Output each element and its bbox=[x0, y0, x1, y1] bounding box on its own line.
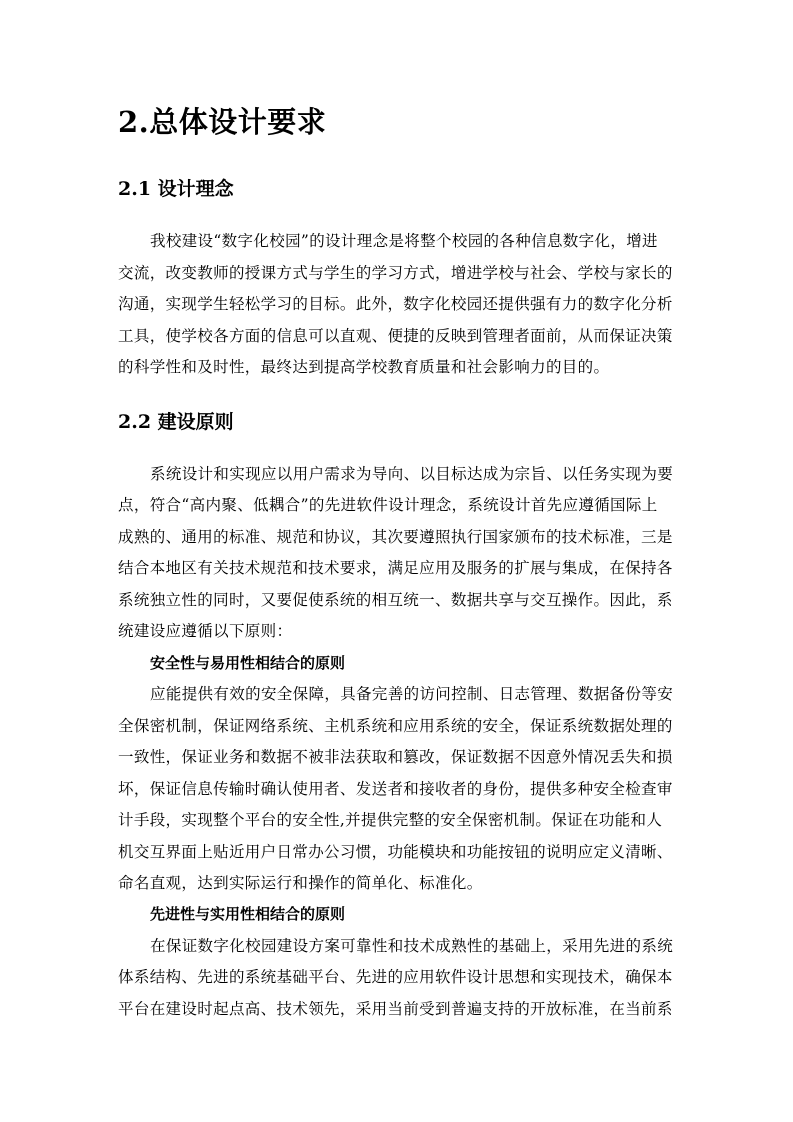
chapter-title: 2.总体设计要求 bbox=[118, 100, 326, 144]
section-heading-2-2: 2.2 建设原则 bbox=[118, 407, 234, 437]
principle-title-security: 安全性与易用性相结合的原则 bbox=[150, 652, 345, 674]
paragraph-line: 体系结构、先进的系统基础平台、先进的应用软件设计思想和实现技术，确保本 bbox=[118, 966, 678, 988]
paragraph-line: 沟通，实现学生轻松学习的目标。此外，数字化校园还提供强有力的数字化分析 bbox=[118, 293, 678, 315]
document-page: 2.总体设计要求 2.1 设计理念 我校建设“数字化校园”的设计理念是将整个校园… bbox=[0, 0, 793, 1122]
paragraph-line: 我校建设“数字化校园”的设计理念是将整个校园的各种信息数字化，增进 bbox=[150, 230, 678, 252]
paragraph-line: 命名直观，达到实际运行和操作的简单化、标准化。 bbox=[118, 872, 678, 894]
paragraph-line: 坏，保证信息传输时确认使用者、发送者和接收者的身份，提供多种安全检查审 bbox=[118, 778, 678, 800]
paragraph-line: 点，符合“高内聚、低耦合”的先进软件设计理念，系统设计首先应遵循国际上 bbox=[118, 494, 678, 516]
paragraph-line: 成熟的、通用的标准、规范和协议，其次要遵照执行国家颁布的技术标准，三是 bbox=[118, 526, 678, 548]
paragraph-line: 机交互界面上贴近用户日常办公习惯，功能模块和功能按钮的说明应定义清晰、 bbox=[118, 841, 678, 863]
section-heading-2-1: 2.1 设计理念 bbox=[118, 174, 234, 204]
paragraph-line: 应能提供有效的安全保障，具备完善的访问控制、日志管理、数据备份等安 bbox=[150, 683, 678, 705]
paragraph-line: 一致性，保证业务和数据不被非法获取和篡改，保证数据不因意外情况丢失和损 bbox=[118, 746, 678, 768]
paragraph-line: 交流，改变教师的授课方式与学生的学习方式，增进学校与社会、学校与家长的 bbox=[118, 262, 678, 284]
paragraph-line: 计手段，实现整个平台的安全性,并提供完整的安全保密机制。保证在功能和人 bbox=[118, 809, 678, 831]
paragraph-line: 的科学性和及时性，最终达到提高学校教育质量和社会影响力的目的。 bbox=[118, 356, 678, 378]
paragraph-line: 结合本地区有关技术规范和技术要求，满足应用及服务的扩展与集成，在保持各 bbox=[118, 557, 678, 579]
paragraph-line: 平台在建设时起点高、技术领先，采用当前受到普遍支持的开放标准，在当前系 bbox=[118, 998, 678, 1020]
paragraph-line: 系统独立性的同时，又要促使系统的相互统一、数据共享与交互操作。因此，系 bbox=[118, 589, 678, 611]
paragraph-line: 系统设计和实现应以用户需求为导向、以目标达成为宗旨、以任务实现为要 bbox=[150, 463, 678, 485]
paragraph-line: 全保密机制，保证网络系统、主机系统和应用系统的安全，保证系统数据处理的 bbox=[118, 715, 678, 737]
paragraph-line: 工具，使学校各方面的信息可以直观、便捷的反映到管理者面前，从而保证决策 bbox=[118, 325, 678, 347]
paragraph-line: 在保证数字化校园建设方案可靠性和技术成熟性的基础上，采用先进的系统 bbox=[150, 935, 678, 957]
paragraph-line: 统建设应遵循以下原则： bbox=[118, 620, 678, 642]
principle-title-advanced: 先进性与实用性相结合的原则 bbox=[150, 903, 345, 925]
